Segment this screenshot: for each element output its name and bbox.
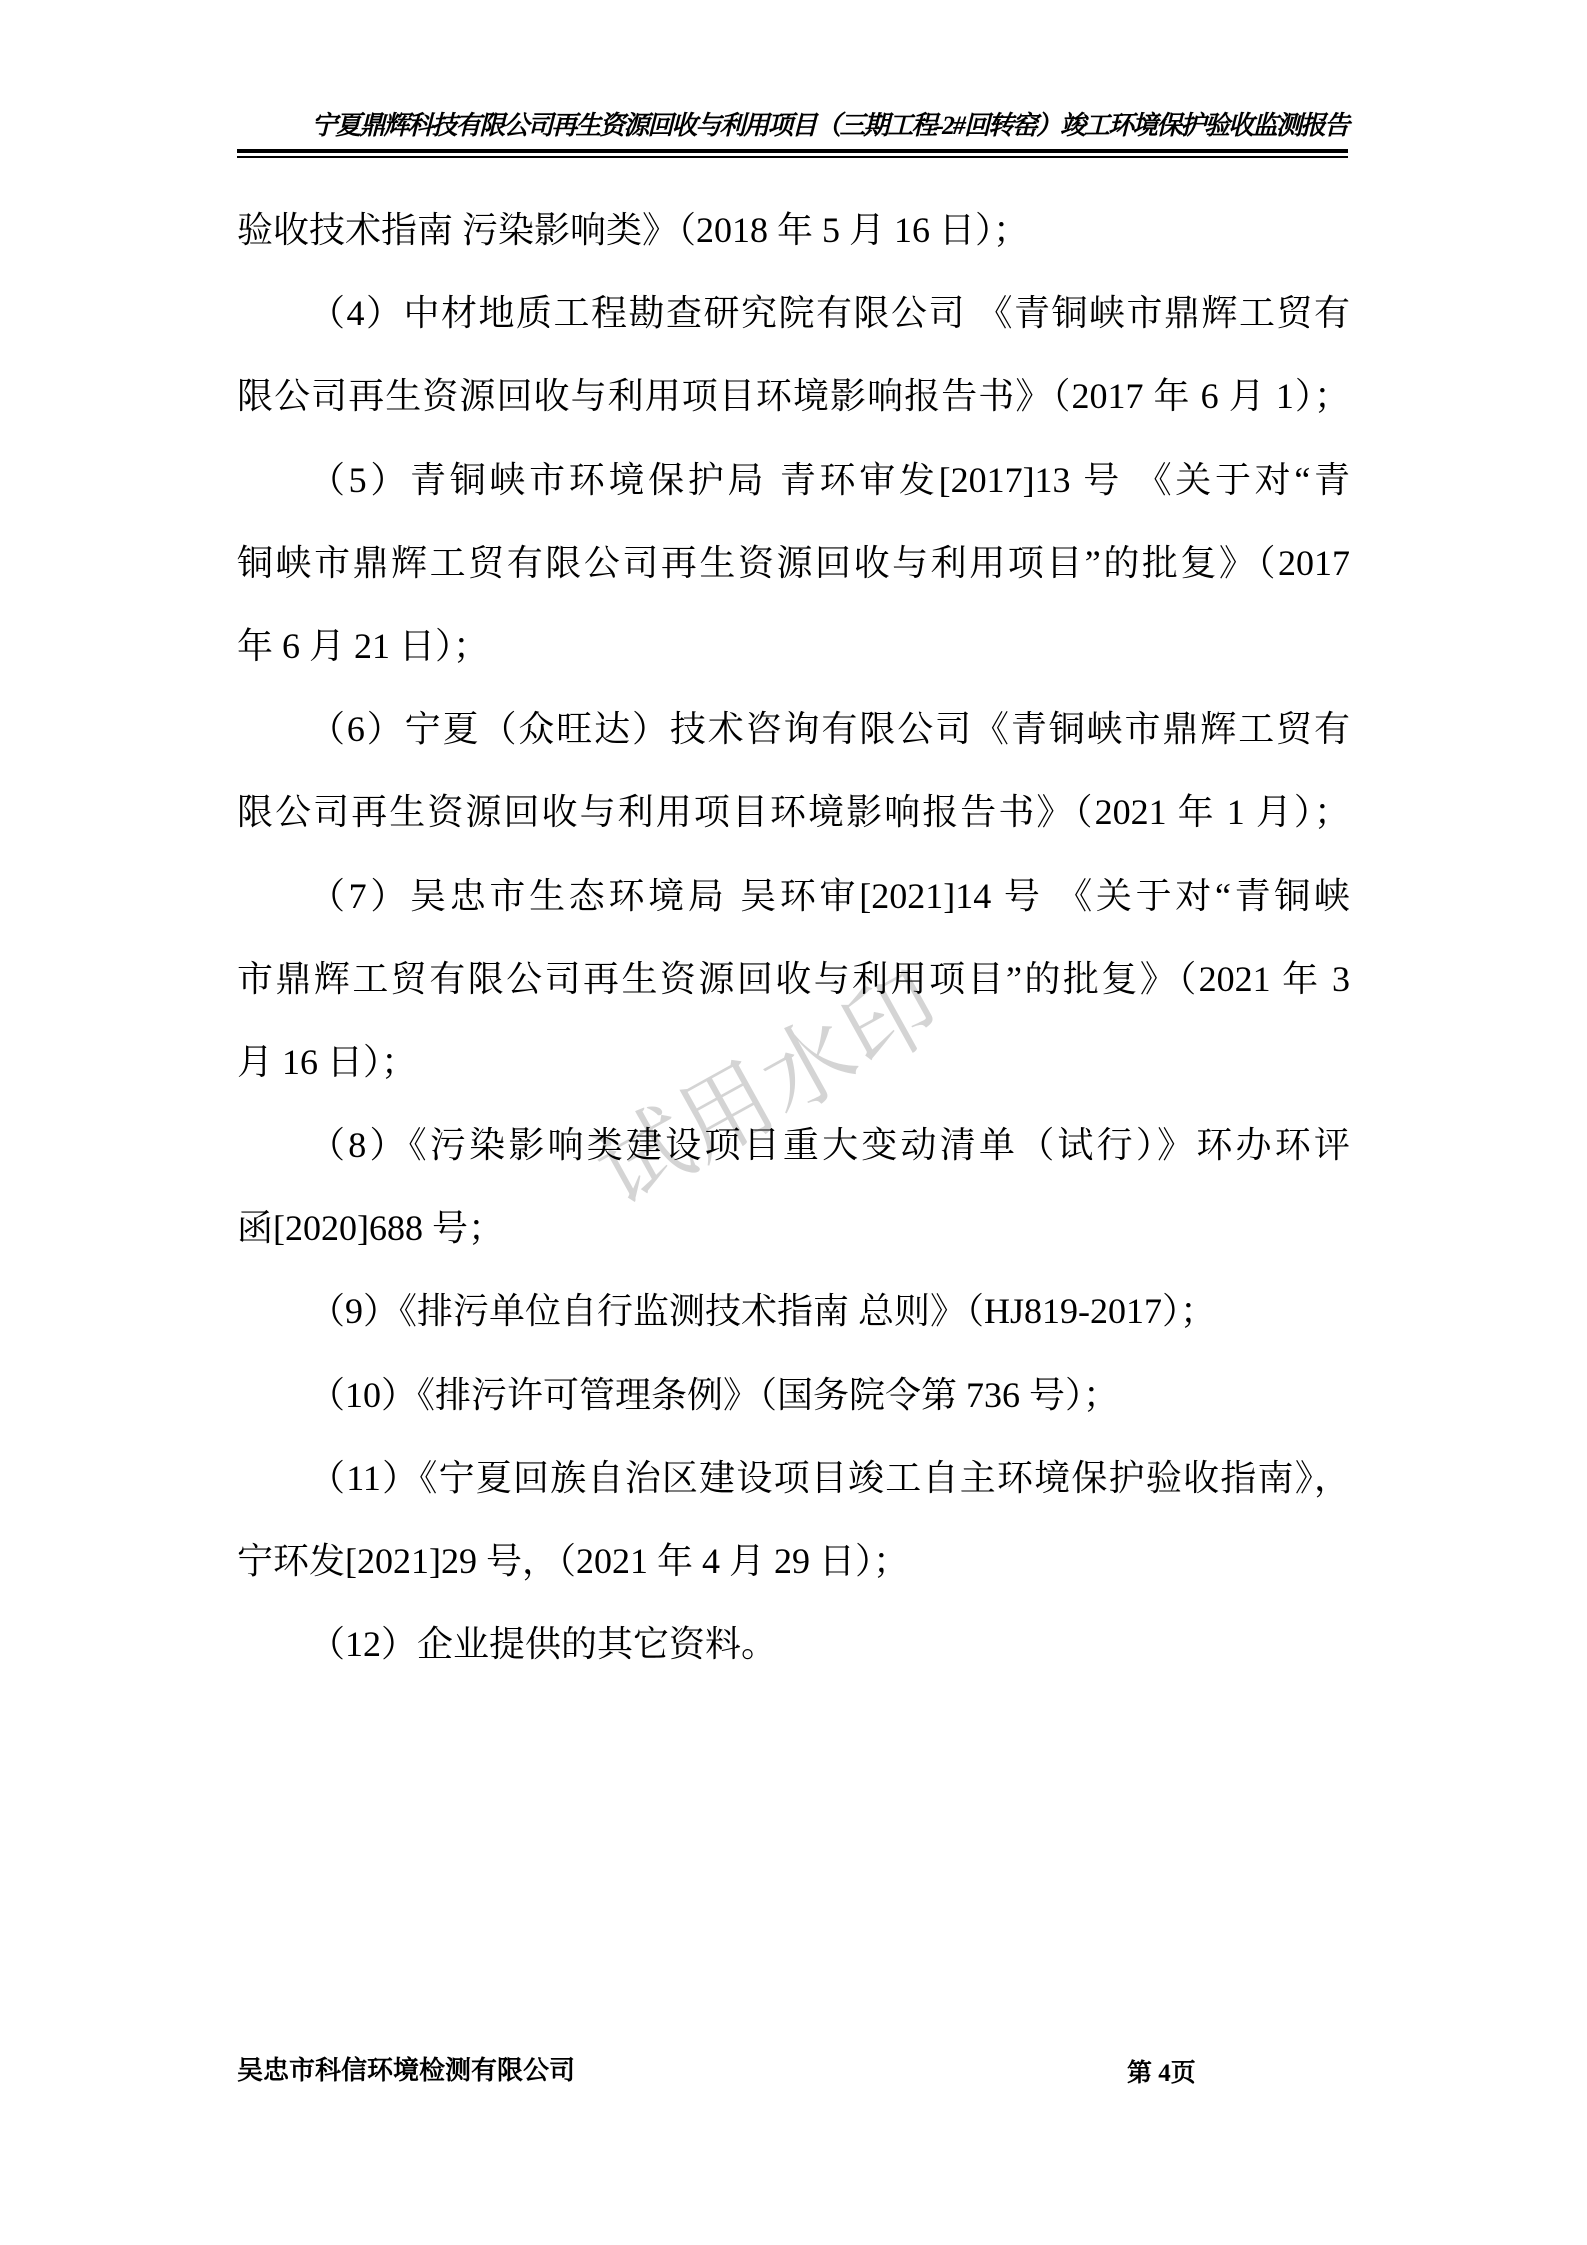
page-header-title: 宁夏鼎辉科技有限公司再生资源回收与利用项目（三期工程-2#回转窑）竣工环境保护验…	[237, 108, 1348, 144]
text-line: 宁环发[2021]29 号，（2021 年 4 月 29 日）；	[237, 1520, 1350, 1603]
text-line: 市鼎辉工贸有限公司再生资源回收与利用项目”的批复》（2021 年 3	[237, 938, 1350, 1021]
text-line: （11）《宁夏回族自治区建设项目竣工自主环境保护验收指南》，	[237, 1437, 1350, 1520]
text-line: 函[2020]688 号；	[237, 1187, 1350, 1270]
text-line: （8）《污染影响类建设项目重大变动清单（试行）》环办环评	[237, 1104, 1350, 1187]
text-line: （6）宁夏（众旺达）技术咨询有限公司《青铜峡市鼎辉工贸有	[237, 688, 1350, 771]
document-page: 试用水印 宁夏鼎辉科技有限公司再生资源回收与利用项目（三期工程-2#回转窑）竣工…	[0, 0, 1587, 2245]
text-line: （4）中材地质工程勘查研究院有限公司 《青铜峡市鼎辉工贸有	[237, 272, 1350, 355]
footer-page-number: 第 4页	[1127, 2058, 1196, 2090]
text-line: （9）《排污单位自行监测技术指南 总则》（HJ819-2017）；	[237, 1270, 1350, 1353]
text-line: 年 6 月 21 日）；	[237, 605, 1350, 688]
text-line: （10）《排污许可管理条例》（国务院令第 736 号）；	[237, 1354, 1350, 1437]
document-body: 验收技术指南 污染影响类》（2018 年 5 月 16 日）； （4）中材地质工…	[237, 189, 1350, 1686]
text-line: 验收技术指南 污染影响类》（2018 年 5 月 16 日）；	[237, 189, 1350, 272]
footer-company-name: 吴忠市科信环境检测有限公司	[237, 2054, 575, 2088]
text-line: （7）吴忠市生态环境局 吴环审[2021]14 号 《关于对“青铜峡	[237, 855, 1350, 938]
text-line: （12）企业提供的其它资料。	[237, 1603, 1350, 1686]
text-line: 限公司再生资源回收与利用项目环境影响报告书》（2017 年 6 月 1）；	[237, 355, 1350, 438]
text-line: （5）青铜峡市环境保护局 青环审发[2017]13 号 《关于对“青	[237, 439, 1350, 522]
header-divider	[237, 149, 1348, 158]
text-line: 月 16 日）；	[237, 1021, 1350, 1104]
text-line: 铜峡市鼎辉工贸有限公司再生资源回收与利用项目”的批复》（2017	[237, 522, 1350, 605]
text-line: 限公司再生资源回收与利用项目环境影响报告书》（2021 年 1 月）；	[237, 771, 1350, 854]
